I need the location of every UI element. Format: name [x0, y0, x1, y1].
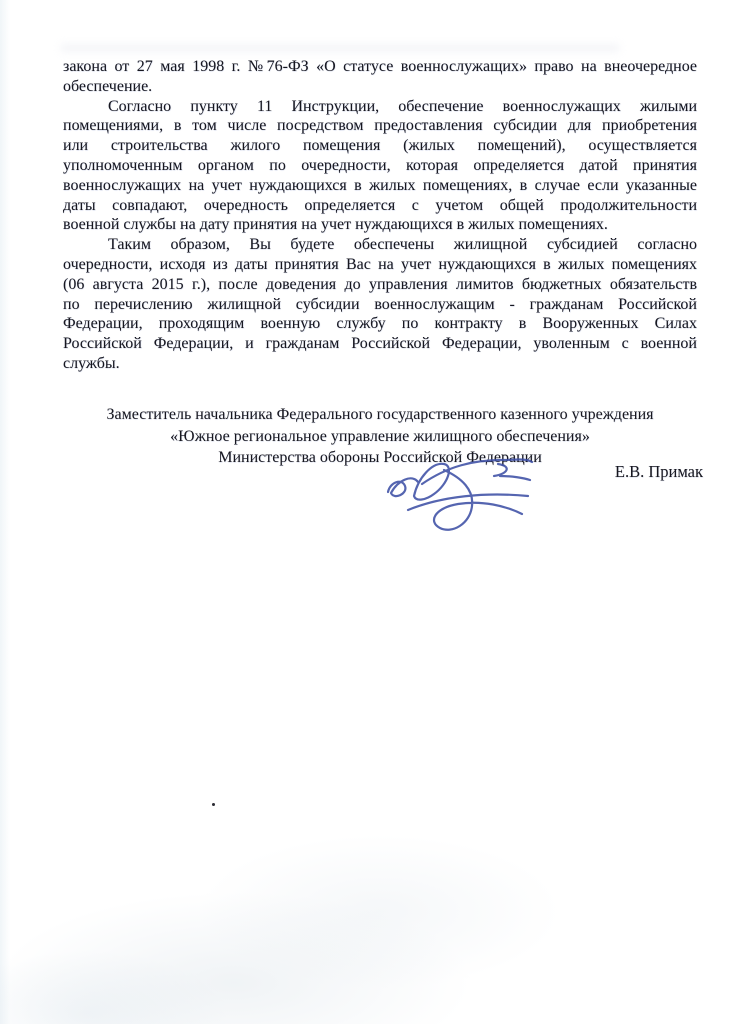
- signoff-line-department: «Южное региональное управление жилищного…: [63, 426, 697, 448]
- body-line: Таким образом, Вы будете обеспечены жили…: [63, 235, 697, 255]
- body-line: Федерации, проходящим военную службу по …: [63, 314, 697, 334]
- body-line: военной службы на дату принятия на учет …: [63, 215, 697, 235]
- body-line: Согласно пункту 11 Инструкции, обеспечен…: [63, 97, 697, 117]
- signoff-line-title: Заместитель начальника Федерального госу…: [63, 404, 697, 426]
- body-line: уполномоченным органом по очередности, к…: [63, 156, 697, 176]
- body-line: очередности, исходя из даты принятия Вас…: [63, 255, 697, 275]
- body-line: (06 августа 2015 г.), после доведения до…: [63, 275, 697, 295]
- body-line: по перечислению жилищной субсидии военно…: [63, 295, 697, 315]
- body-line: службы.: [63, 354, 697, 374]
- body-line: или строительства жилого помещения (жилы…: [63, 136, 697, 156]
- signer-name: Е.В. Примак: [615, 462, 703, 482]
- handwritten-signature: [378, 450, 540, 540]
- scan-smudge: [60, 44, 620, 52]
- letter-body: закона от 27 мая 1998 г. №76-ФЗ «О стату…: [63, 57, 697, 374]
- body-line: военнослужащих на учет нуждающихся в жил…: [63, 176, 697, 196]
- body-line: даты совпадают, очередность определяется…: [63, 196, 697, 216]
- body-line: помещениями, в том числе посредством пре…: [63, 116, 697, 136]
- body-line: обеспечение.: [63, 77, 697, 97]
- ink-speck: [212, 803, 215, 806]
- body-line: Российской Федерации, и гражданам Россий…: [63, 334, 697, 354]
- scanned-letter-page: закона от 27 мая 1998 г. №76-ФЗ «О стату…: [0, 0, 730, 1024]
- body-line: закона от 27 мая 1998 г. №76-ФЗ «О стату…: [63, 57, 697, 77]
- signature-scrawl-icon: [378, 450, 540, 540]
